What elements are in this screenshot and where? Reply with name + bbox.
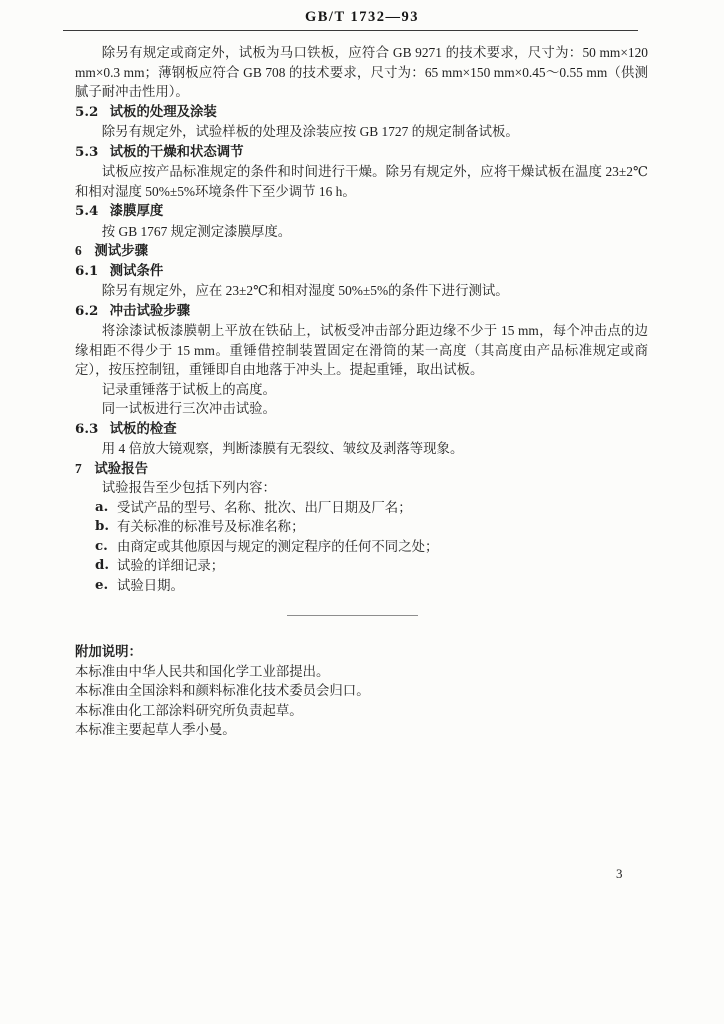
clause-title: 试板的检查 bbox=[110, 421, 177, 436]
chapter-heading-6: 6测试步骤 bbox=[75, 241, 648, 261]
list-item-label: a. bbox=[95, 498, 117, 518]
paragraph-6-2-body-2: 记录重锤落于试板上的高度。 bbox=[75, 380, 648, 400]
list-item-label: d. bbox=[95, 556, 117, 576]
chapter-number: 7 bbox=[75, 461, 82, 476]
document-body: 除另有规定或商定外，试板为马口铁板，应符合 GB 9271 的技术要求，尺寸为：… bbox=[75, 43, 648, 740]
section-divider-rule bbox=[287, 615, 418, 616]
list-item-label: b. bbox=[95, 517, 117, 537]
additional-note-line: 本标准主要起草人季小曼。 bbox=[75, 720, 648, 740]
list-item-text: 受试产品的型号、名称、批次、出厂日期及厂名； bbox=[117, 498, 648, 518]
chapter-number: 6 bbox=[75, 243, 82, 258]
clause-number: 6.2 bbox=[75, 303, 98, 319]
clause-heading-5-2: 5.2试板的处理及涂装 bbox=[75, 102, 648, 123]
clause-heading-6-3: 6.3试板的检查 bbox=[75, 419, 648, 440]
additional-notes-title: 附加说明： bbox=[75, 642, 648, 662]
paragraph-6-3-body: 用 4 倍放大镜观察，判断漆膜有无裂纹、皱纹及剥落等现象。 bbox=[75, 439, 648, 459]
list-item-text: 试验的详细记录； bbox=[117, 556, 648, 576]
paragraph-specimen-requirements: 除另有规定或商定外，试板为马口铁板，应符合 GB 9271 的技术要求，尺寸为：… bbox=[75, 43, 648, 102]
clause-heading-5-4: 5.4漆膜厚度 bbox=[75, 201, 648, 222]
report-list-item-a: a.受试产品的型号、名称、批次、出厂日期及厂名； bbox=[75, 498, 648, 518]
document-page: GB/T 1732—93 除另有规定或商定外，试板为马口铁板，应符合 GB 92… bbox=[0, 0, 724, 1024]
list-item-text: 由商定或其他原因与规定的测定程序的任何不同之处； bbox=[117, 537, 648, 557]
paragraph-6-2-body-3: 同一试板进行三次冲击试验。 bbox=[75, 399, 648, 419]
clause-title: 漆膜厚度 bbox=[110, 203, 164, 218]
report-list-item-c: c.由商定或其他原因与规定的测定程序的任何不同之处； bbox=[75, 537, 648, 557]
chapter-heading-7: 7试验报告 bbox=[75, 459, 648, 479]
report-list-item-d: d.试验的详细记录； bbox=[75, 556, 648, 576]
chapter-title: 试验报告 bbox=[94, 461, 148, 476]
additional-notes-section: 附加说明： 本标准由中华人民共和国化学工业部提出。 本标准由全国涂料和颜料标准化… bbox=[75, 642, 648, 740]
clause-number: 5.4 bbox=[75, 203, 98, 219]
paragraph-5-2-body: 除另有规定外，试验样板的处理及涂装应按 GB 1727 的规定制备试板。 bbox=[75, 122, 648, 142]
chapter-title: 测试步骤 bbox=[94, 243, 148, 258]
clause-heading-6-2: 6.2冲击试验步骤 bbox=[75, 301, 648, 322]
clause-title: 冲击试验步骤 bbox=[110, 303, 190, 318]
paragraph-6-2-body-1: 将涂漆试板漆膜朝上平放在铁砧上，试板受冲击部分距边缘不少于 15 mm，每个冲击… bbox=[75, 321, 648, 380]
additional-note-line: 本标准由全国涂料和颜料标准化技术委员会归口。 bbox=[75, 681, 648, 701]
paragraph-5-4-body: 按 GB 1767 规定测定漆膜厚度。 bbox=[75, 222, 648, 242]
clause-title: 试板的干燥和状态调节 bbox=[110, 144, 244, 159]
paragraph-7-intro: 试验报告至少包括下列内容： bbox=[75, 478, 648, 498]
report-list-item-b: b.有关标准的标准号及标准名称； bbox=[75, 517, 648, 537]
clause-number: 6.3 bbox=[75, 421, 98, 437]
clause-title: 试板的处理及涂装 bbox=[110, 104, 217, 119]
clause-heading-6-1: 6.1测试条件 bbox=[75, 261, 648, 282]
clause-heading-5-3: 5.3试板的干燥和状态调节 bbox=[75, 142, 648, 163]
paragraph-6-1-body: 除另有规定外，应在 23±2℃和相对湿度 50%±5%的条件下进行测试。 bbox=[75, 281, 648, 301]
list-item-label: c. bbox=[95, 537, 117, 557]
clause-title: 测试条件 bbox=[110, 263, 164, 278]
clause-number: 6.1 bbox=[75, 263, 98, 279]
running-header-standard-code: GB/T 1732—93 bbox=[0, 0, 724, 26]
list-item-text: 试验日期。 bbox=[117, 576, 648, 596]
report-list-item-e: e.试验日期。 bbox=[75, 576, 648, 596]
header-rule bbox=[63, 30, 638, 31]
clause-number: 5.2 bbox=[75, 104, 98, 120]
list-item-text: 有关标准的标准号及标准名称； bbox=[117, 517, 648, 537]
list-item-label: e. bbox=[95, 576, 117, 596]
page-number: 3 bbox=[616, 866, 623, 882]
additional-note-line: 本标准由化工部涂料研究所负责起草。 bbox=[75, 701, 648, 721]
paragraph-5-3-body: 试板应按产品标准规定的条件和时间进行干燥。除另有规定外，应将干燥试板在温度 23… bbox=[75, 162, 648, 201]
clause-number: 5.3 bbox=[75, 144, 98, 160]
additional-note-line: 本标准由中华人民共和国化学工业部提出。 bbox=[75, 662, 648, 682]
